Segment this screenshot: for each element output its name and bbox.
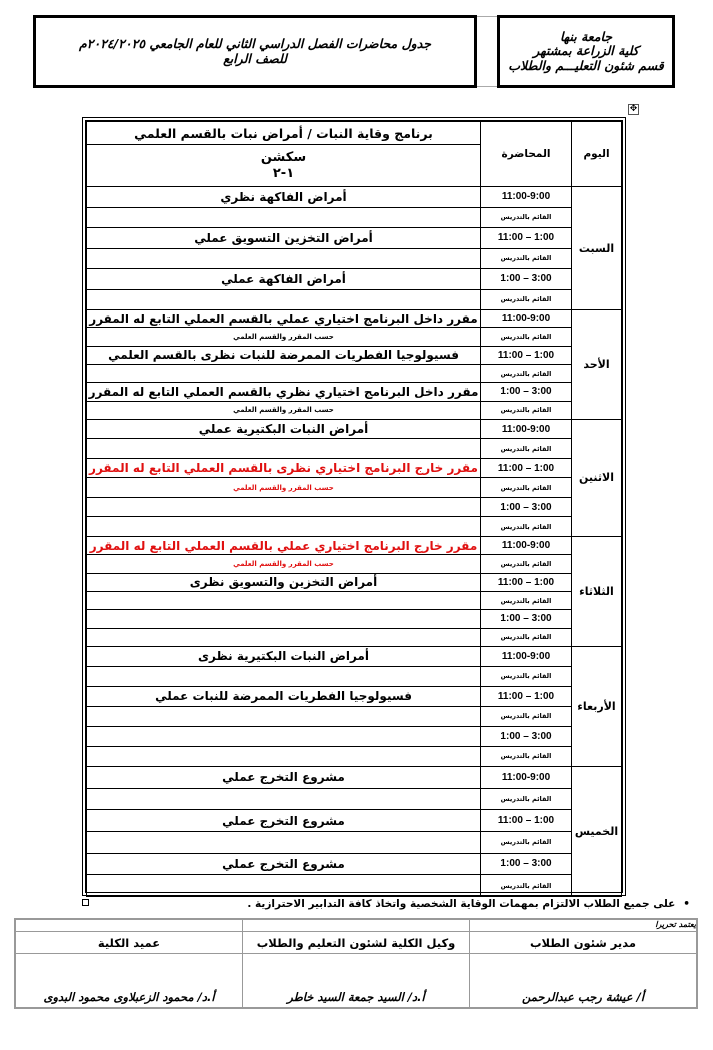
teacher-row: القائم بالتدريس	[87, 289, 622, 310]
teacher-row: القائم بالتدريس	[87, 746, 622, 766]
header-connector-bottom	[477, 86, 497, 87]
teacher-label: القائم بالتدريس	[481, 746, 572, 766]
schedule-row: الثلاثاء11:00-9:00مقرر خارج البرنامج اخت…	[87, 536, 622, 554]
time-slot: 11:00-9:00	[481, 646, 572, 666]
schedule-row: الأحد11:00-9:00مقرر داخل البرنامج اختيار…	[87, 310, 622, 328]
signature-name-dean: أ.د/ محمود الزعبلاوى محمود البدوى	[16, 954, 243, 1008]
course-cell	[87, 610, 481, 628]
teacher-label: القائم بالتدريس	[481, 628, 572, 646]
time-slot: 1:00 – 11:00	[481, 458, 572, 478]
course-cell: مشروع التخرج عملي	[87, 766, 481, 788]
time-slot: 3:00 – 1:00	[481, 610, 572, 628]
teacher-label: القائم بالتدريس	[481, 517, 572, 537]
course-note	[87, 248, 481, 269]
course-note	[87, 289, 481, 310]
title-box: جدول محاضرات الفصل الدراسي الثاني للعام …	[33, 15, 477, 88]
course-note	[87, 364, 481, 382]
teacher-row: القائم بالتدريسحسب المقرر والقسم العلمي	[87, 555, 622, 573]
course-cell: أمراض التخزين التسويق عملي	[87, 228, 481, 249]
schedule-row: 3:00 – 1:00	[87, 726, 622, 746]
faculty-name: كلية الزراعة بمشتهر	[533, 44, 638, 58]
schedule-row: الخميس11:00-9:00مشروع التخرج عملي	[87, 766, 622, 788]
schedule-row: الاثنين11:00-9:00أمراض النبات البكتيرية …	[87, 419, 622, 439]
course-note	[87, 706, 481, 726]
teacher-row: القائم بالتدريس	[87, 591, 622, 609]
empty-cell	[16, 920, 243, 932]
teacher-row: القائم بالتدريس	[87, 364, 622, 382]
teacher-label: القائم بالتدريس	[481, 328, 572, 346]
teacher-row: القائم بالتدريس	[87, 788, 622, 810]
table-resize-handle-icon[interactable]	[82, 899, 89, 906]
signature-table: يعتمد تحريرا مدير شئون الطلاب وكيل الكلي…	[14, 918, 698, 1009]
schedule-title: جدول محاضرات الفصل الدراسي الثاني للعام …	[79, 37, 431, 51]
teacher-label: القائم بالتدريس	[481, 788, 572, 810]
course-cell	[87, 726, 481, 746]
time-slot: 11:00-9:00	[481, 310, 572, 328]
teacher-label: القائم بالتدريس	[481, 364, 572, 382]
time-slot: 11:00-9:00	[481, 766, 572, 788]
schedule-table: اليوم المحاضرة برنامج وقاية النبات / أمر…	[82, 117, 626, 896]
teacher-row: القائم بالتدريسحسب المقرر والقسم العلمي	[87, 401, 622, 419]
course-cell: مقرر داخل البرنامج اختياري عملي بالقسم ا…	[87, 310, 481, 328]
course-note: حسب المقرر والقسم العلمي	[87, 555, 481, 573]
course-cell	[87, 497, 481, 517]
course-cell: أمراض التخزين والتسويق نظرى	[87, 573, 481, 591]
time-slot: 11:00-9:00	[481, 536, 572, 554]
time-slot: 3:00 – 1:00	[481, 853, 572, 875]
signature-name-vice-dean: أ.د/ السيد جمعة السيد خاطر	[243, 954, 470, 1008]
department-name: قسم شئون التعليـــم والطلاب	[508, 59, 663, 73]
course-cell: مقرر خارج البرنامج اختياري نظرى بالقسم ا…	[87, 458, 481, 478]
course-cell: مشروع التخرج عملي	[87, 853, 481, 875]
time-slot: 3:00 – 1:00	[481, 269, 572, 290]
course-cell: أمراض النبات البكتيرية نظرى	[87, 646, 481, 666]
schedule-row: 3:00 – 1:00	[87, 497, 622, 517]
teacher-label: القائم بالتدريس	[481, 706, 572, 726]
signature-title-dean: عميد الكلية	[16, 932, 243, 954]
day-cell: الخميس	[572, 766, 622, 896]
schedule-row: 1:00 – 11:00أمراض التخزين التسويق عملي	[87, 228, 622, 249]
teacher-label: القائم بالتدريس	[481, 875, 572, 897]
teacher-row: القائم بالتدريسحسب المقرر والقسم العلمي	[87, 328, 622, 346]
schedule-row: 1:00 – 11:00فسيولوجيا الفطريات الممرضة ل…	[87, 346, 622, 364]
time-slot: 1:00 – 11:00	[481, 810, 572, 832]
course-note: حسب المقرر والقسم العلمي	[87, 401, 481, 419]
institution-box: جامعة بنها كلية الزراعة بمشتهر قسم شئون …	[497, 15, 675, 88]
course-cell: مشروع التخرج عملي	[87, 810, 481, 832]
time-slot: 3:00 – 1:00	[481, 726, 572, 746]
teacher-label: القائم بالتدريس	[481, 478, 572, 498]
time-slot: 1:00 – 11:00	[481, 573, 572, 591]
course-note	[87, 591, 481, 609]
signature-name-student-affairs: أ/ عيشة رجب عبدالرحمن	[470, 954, 697, 1008]
teacher-label: القائم بالتدريس	[481, 831, 572, 853]
time-slot: 11:00-9:00	[481, 419, 572, 439]
teacher-label: القائم بالتدريس	[481, 289, 572, 310]
course-note	[87, 517, 481, 537]
day-cell: الأحد	[572, 310, 622, 420]
teacher-row: القائم بالتدريس	[87, 831, 622, 853]
teacher-label: القائم بالتدريس	[481, 666, 572, 686]
schedule-row: 3:00 – 1:00مشروع التخرج عملي	[87, 853, 622, 875]
empty-cell	[243, 920, 470, 932]
day-cell: السبت	[572, 187, 622, 310]
schedule-row: 1:00 – 11:00فسيولوجيا الفطريات الممرضة ل…	[87, 686, 622, 706]
header-connector-top	[477, 16, 497, 17]
course-note: حسب المقرر والقسم العلمي	[87, 478, 481, 498]
schedule-grade: للصف الرابع	[223, 52, 287, 66]
teacher-label: القائم بالتدريس	[481, 591, 572, 609]
course-cell: مقرر خارج البرنامج اختياري عملي بالقسم ا…	[87, 536, 481, 554]
teacher-row: القائم بالتدريس	[87, 439, 622, 459]
teacher-label: القائم بالتدريس	[481, 439, 572, 459]
course-note	[87, 831, 481, 853]
schedule-row: 3:00 – 1:00	[87, 610, 622, 628]
schedule-row: 1:00 – 11:00مقرر خارج البرنامج اختياري ن…	[87, 458, 622, 478]
teacher-row: القائم بالتدريس	[87, 207, 622, 228]
course-cell: مقرر داخل البرنامج اختياري نظري بالقسم ا…	[87, 383, 481, 401]
schedule-row: الأربعاء11:00-9:00أمراض النبات البكتيرية…	[87, 646, 622, 666]
teacher-row: القائم بالتدريس	[87, 706, 622, 726]
course-cell: فسيولوجيا الفطريات الممرضة للنبات عملي	[87, 686, 481, 706]
table-move-handle-icon[interactable]: ✥	[628, 104, 639, 115]
written-label: يعتمد تحريرا	[470, 920, 697, 932]
teacher-row: القائم بالتدريسحسب المقرر والقسم العلمي	[87, 478, 622, 498]
course-note	[87, 207, 481, 228]
time-slot: 1:00 – 11:00	[481, 686, 572, 706]
course-note	[87, 875, 481, 897]
course-cell: فسيولوجيا الفطريات الممرضة للنبات نظرى ب…	[87, 346, 481, 364]
day-cell: الأربعاء	[572, 646, 622, 766]
course-note	[87, 788, 481, 810]
precaution-note: •على جميع الطلاب الالتزام بمهمات الوقاية…	[150, 898, 690, 910]
column-header-time: المحاضرة	[481, 122, 572, 187]
course-cell: أمراض الفاكهة نظري	[87, 187, 481, 208]
time-slot: 1:00 – 11:00	[481, 228, 572, 249]
teacher-row: القائم بالتدريس	[87, 517, 622, 537]
course-note: حسب المقرر والقسم العلمي	[87, 328, 481, 346]
course-note	[87, 439, 481, 459]
program-title: برنامج وقاية النبات / أمراض نبات بالقسم …	[87, 122, 481, 145]
teacher-row: القائم بالتدريس	[87, 248, 622, 269]
course-cell: أمراض الفاكهة عملي	[87, 269, 481, 290]
schedule-row: 3:00 – 1:00مقرر داخل البرنامج اختياري نظ…	[87, 383, 622, 401]
day-cell: الاثنين	[572, 419, 622, 536]
day-cell: الثلاثاء	[572, 536, 622, 646]
schedule-row: 1:00 – 11:00أمراض التخزين والتسويق نظرى	[87, 573, 622, 591]
course-note	[87, 628, 481, 646]
course-note	[87, 746, 481, 766]
time-slot: 3:00 – 1:00	[481, 383, 572, 401]
teacher-row: القائم بالتدريس	[87, 628, 622, 646]
signature-title-vice-dean: وكيل الكلية لشئون التعليم والطلاب	[243, 932, 470, 954]
section-label: سكشن	[87, 150, 480, 166]
university-name: جامعة بنها	[560, 30, 612, 44]
teacher-label: القائم بالتدريس	[481, 401, 572, 419]
teacher-row: القائم بالتدريس	[87, 666, 622, 686]
teacher-label: القائم بالتدريس	[481, 248, 572, 269]
schedule-row: 3:00 – 1:00أمراض الفاكهة عملي	[87, 269, 622, 290]
teacher-label: القائم بالتدريس	[481, 207, 572, 228]
note-text: على جميع الطلاب الالتزام بمهمات الوقاية …	[247, 898, 675, 910]
signature-title-student-affairs: مدير شئون الطلاب	[470, 932, 697, 954]
course-note	[87, 666, 481, 686]
time-slot: 3:00 – 1:00	[481, 497, 572, 517]
teacher-label: القائم بالتدريس	[481, 555, 572, 573]
section-header: سكشن ١-٢	[87, 145, 481, 187]
section-value: ١-٢	[87, 166, 480, 182]
course-cell: أمراض النبات البكتيرية عملي	[87, 419, 481, 439]
schedule-row: 1:00 – 11:00مشروع التخرج عملي	[87, 810, 622, 832]
bullet-icon: •	[683, 898, 690, 910]
schedule-row: السبت11:00-9:00أمراض الفاكهة نظري	[87, 187, 622, 208]
column-header-day: اليوم	[572, 122, 622, 187]
time-slot: 1:00 – 11:00	[481, 346, 572, 364]
teacher-row: القائم بالتدريس	[87, 875, 622, 897]
time-slot: 11:00-9:00	[481, 187, 572, 208]
